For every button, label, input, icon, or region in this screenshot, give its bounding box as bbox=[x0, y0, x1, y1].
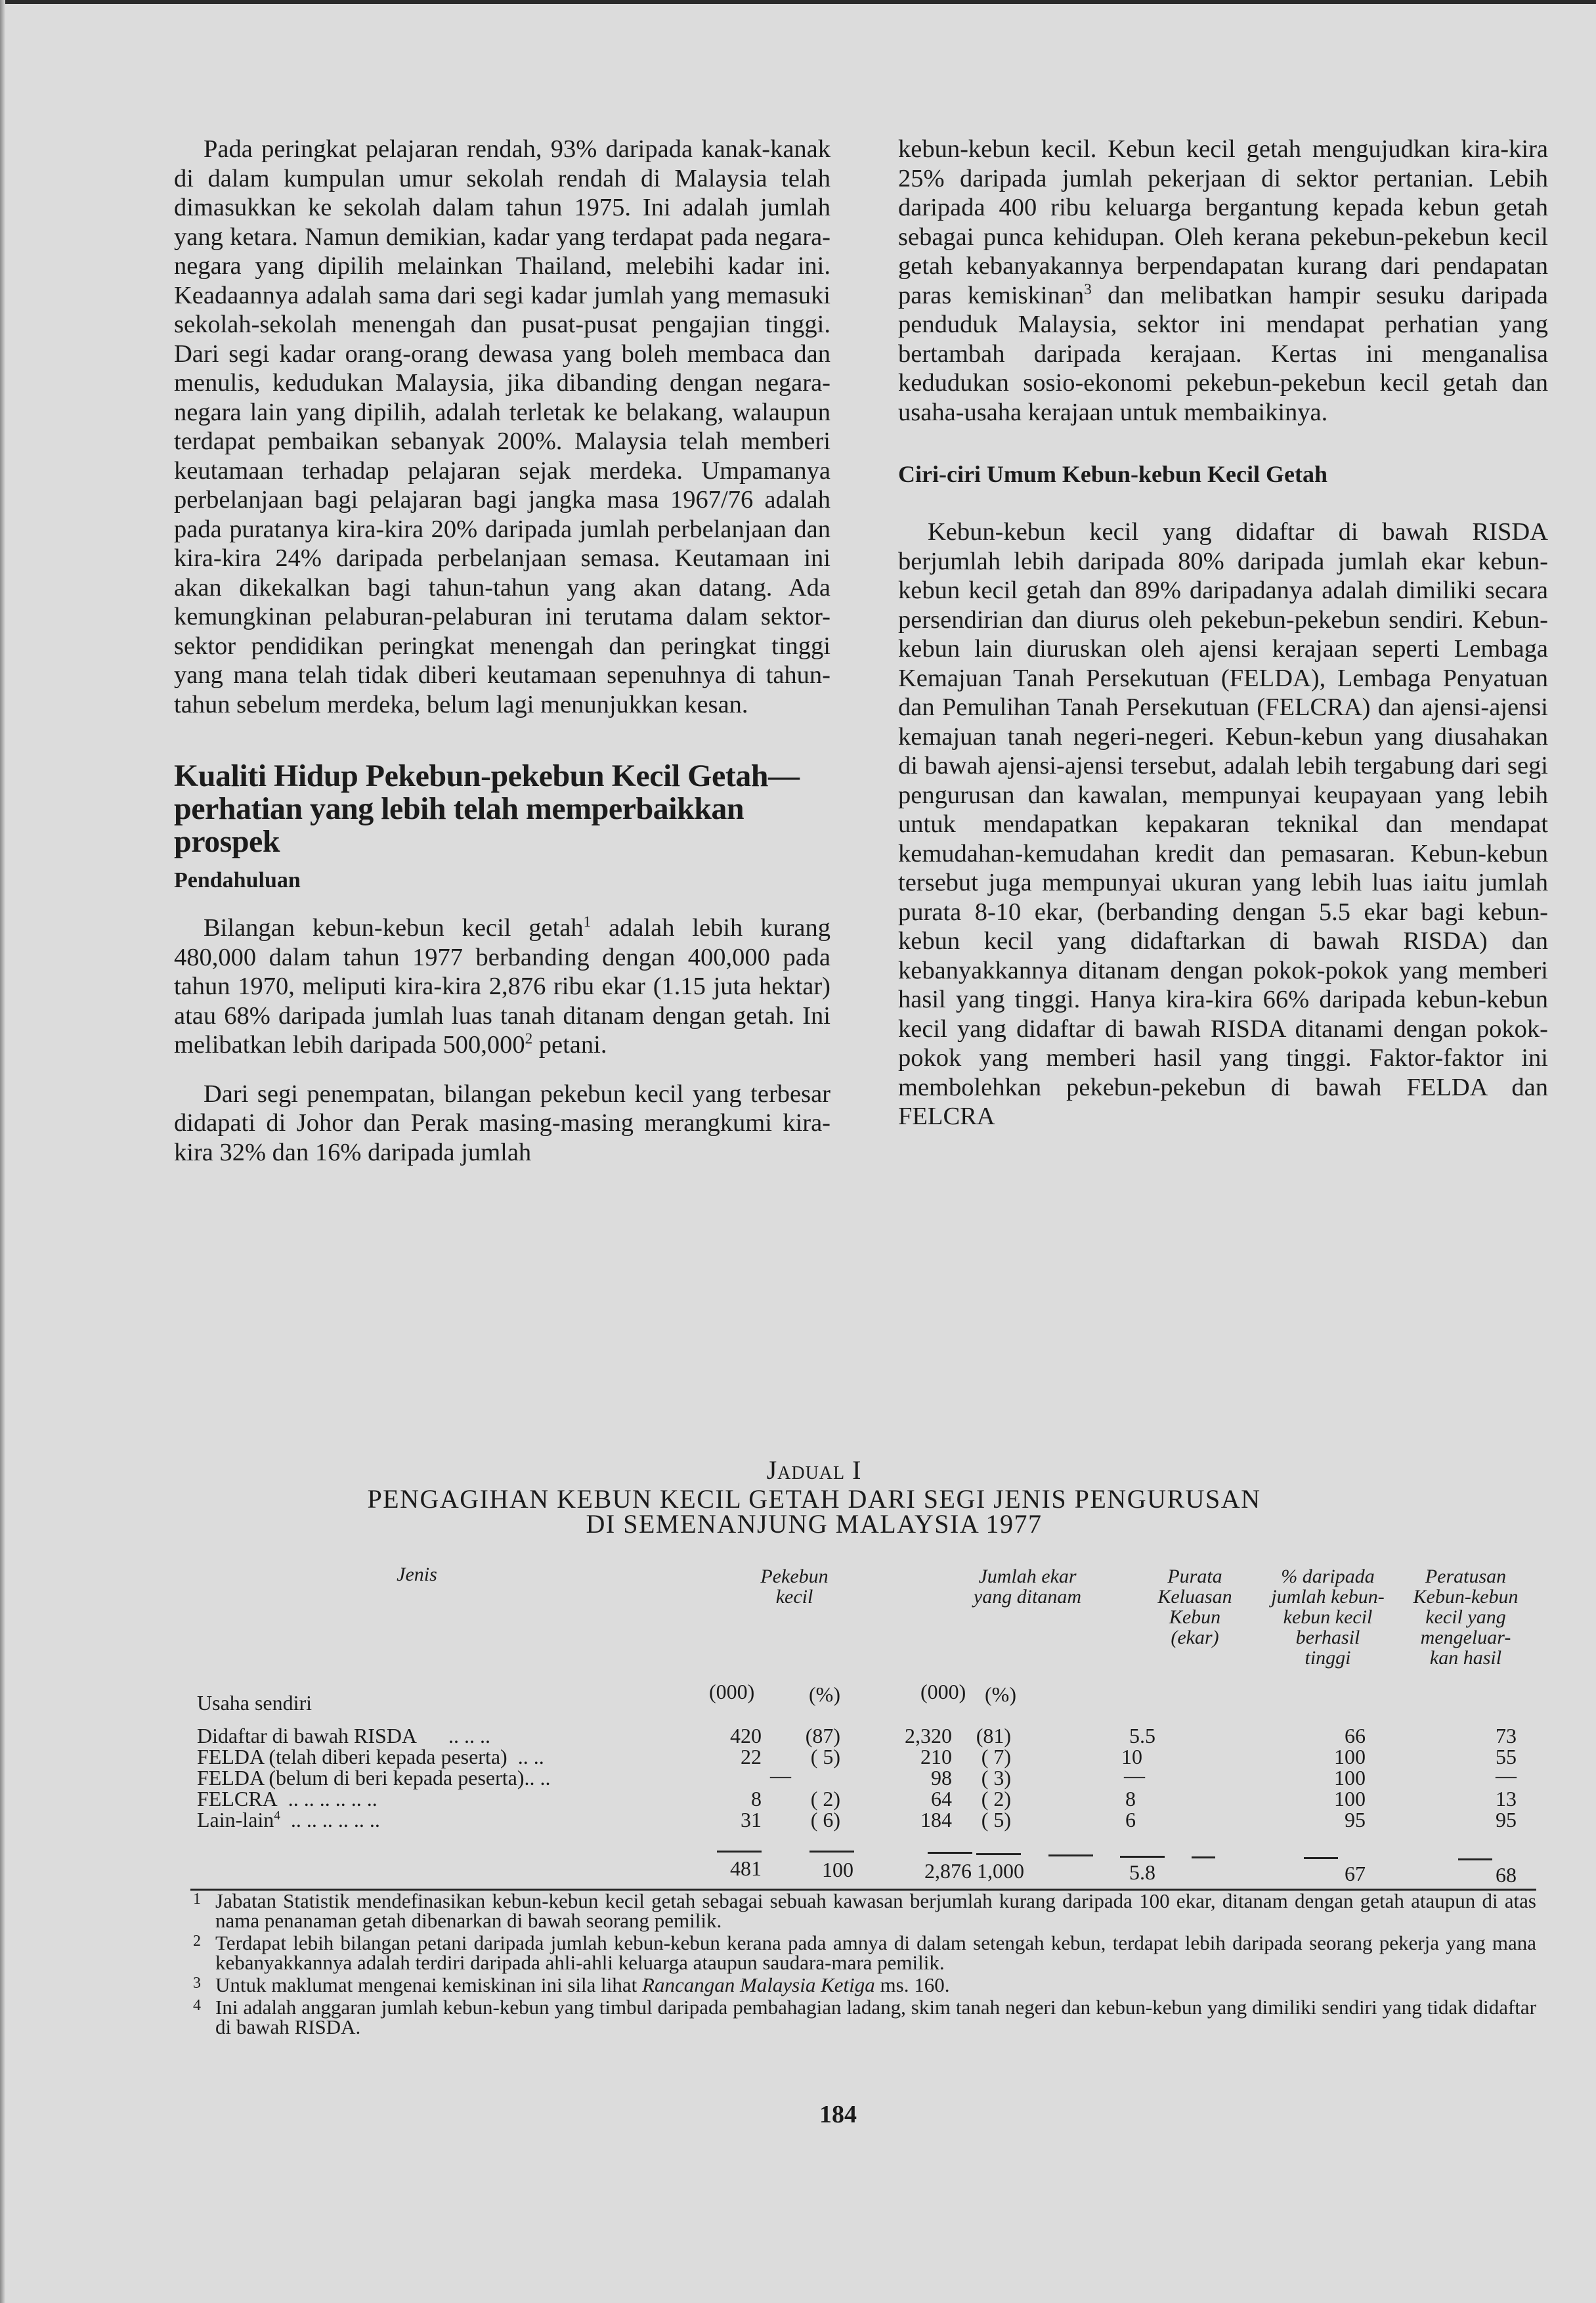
footnote-3: 3Untuk maklumat mengenai kemiskinan ini … bbox=[190, 1975, 1536, 1995]
table-row-label: FELDA (belum di beri kepada peserta).. .… bbox=[197, 1768, 551, 1788]
right-column: kebun-kebun kecil. Kebun kecil getah men… bbox=[898, 135, 1548, 1131]
total-rule bbox=[1120, 1856, 1165, 1858]
footnote-ref-2: 2 bbox=[525, 1030, 533, 1047]
header-pct-berhasil-tinggi: % daripada jumlah kebun-kebun kecil berh… bbox=[1270, 1566, 1385, 1668]
left-paragraph-education: Pada peringkat pelajaran rendah, 93% dar… bbox=[174, 135, 830, 719]
header-peratusan-hasil: Peratusan Kebun-kebun kecil yang mengelu… bbox=[1412, 1566, 1520, 1668]
total-rule bbox=[1304, 1857, 1338, 1859]
section-heading-quality-of-life: Kualiti Hidup Pekebun-pekebun Kecil Geta… bbox=[174, 760, 830, 858]
footnote-ref-1: 1 bbox=[584, 913, 592, 930]
cell-pct-tinggi: 100 bbox=[1300, 1747, 1366, 1767]
footnote-ref-4: 4 bbox=[274, 1809, 280, 1822]
total-pk-pct: 100 bbox=[788, 1860, 853, 1880]
cell-ek-pct: ( 3) bbox=[945, 1768, 1011, 1788]
unit-pk-pct: (%) bbox=[809, 1682, 840, 1707]
footnotes: 1Jabatan Statistik mendefinasikan kebun-… bbox=[190, 1891, 1536, 2040]
cell-pk-000: 31 bbox=[696, 1810, 762, 1830]
table-title-line-1: PENGAGIHAN KEBUN KECIL GETAH DARI SEGI J… bbox=[190, 1487, 1438, 1512]
cell-pk-pct: ( 6) bbox=[775, 1810, 840, 1830]
cell-pct-tinggi: 100 bbox=[1300, 1768, 1366, 1788]
total-rule bbox=[928, 1852, 972, 1854]
right-paragraph-employment: kebun-kebun kecil. Kebun kecil getah men… bbox=[898, 135, 1548, 427]
header-jenis: Jenis bbox=[374, 1564, 460, 1585]
section-heading-general-characteristics: Ciri-ciri Umum Kebun-kebun Kecil Getah bbox=[898, 460, 1548, 489]
total-rule bbox=[809, 1851, 854, 1853]
table-row-label: FELDA (telah diberi kepada peserta) .. .… bbox=[197, 1747, 544, 1767]
total-rule bbox=[1192, 1856, 1215, 1858]
cell-ek-000: 2,320 bbox=[886, 1726, 952, 1746]
total-rule bbox=[1458, 1858, 1492, 1860]
total-rule bbox=[717, 1851, 762, 1853]
table-row-label: Didaftar di bawah RISDA .. .. .. bbox=[197, 1726, 490, 1746]
cell-pct-tinggi: 95 bbox=[1300, 1810, 1366, 1830]
header-jumlah-ekar: Jumlah ekar yang ditanam bbox=[972, 1566, 1083, 1607]
cell-pk-pct: (87) bbox=[775, 1726, 840, 1746]
total-rule bbox=[976, 1853, 1021, 1855]
total-purata: 5.8 bbox=[1090, 1862, 1155, 1883]
total-pct-hasil: 68 bbox=[1451, 1865, 1517, 1885]
header-pekebun-kecil: Pekebun kecil bbox=[748, 1566, 840, 1607]
cell-pct-hasil: 73 bbox=[1451, 1726, 1517, 1746]
cell-pct-tinggi: 100 bbox=[1300, 1789, 1366, 1809]
total-rule bbox=[1048, 1854, 1093, 1856]
page-top-edge bbox=[0, 0, 1596, 4]
left-paragraph-location: Dari segi penempatan, bilangan pekebun k… bbox=[174, 1080, 830, 1168]
cell-pk-000: — bbox=[725, 1765, 791, 1786]
footnote-ref-3: 3 bbox=[1084, 280, 1092, 297]
cell-pk-000: 420 bbox=[696, 1726, 762, 1746]
table-title-line-2: DI SEMENANJUNG MALAYSIA 1977 bbox=[190, 1512, 1438, 1537]
cell-ek-pct: ( 5) bbox=[945, 1810, 1011, 1830]
cell-pk-000: 8 bbox=[696, 1789, 762, 1809]
cell-pk-000: 22 bbox=[696, 1747, 762, 1767]
cell-ek-pct: ( 7) bbox=[945, 1747, 1011, 1767]
unit-ek-pct: (%) bbox=[985, 1682, 1016, 1707]
page-left-edge bbox=[0, 0, 5, 2303]
unit-ek-000: (000) bbox=[920, 1680, 966, 1704]
right-paragraph-risda: Kebun-kebun kecil yang didaftar di bawah… bbox=[898, 517, 1548, 1131]
page-number: 184 bbox=[819, 2100, 857, 2129]
total-pct-tinggi: 67 bbox=[1300, 1864, 1366, 1884]
total-pk-000: 481 bbox=[696, 1858, 762, 1879]
cell-purata: 8 bbox=[1070, 1789, 1136, 1809]
footnote-1: 1Jabatan Statistik mendefinasikan kebun-… bbox=[190, 1891, 1536, 1931]
subheading-pendahuluan: Pendahuluan bbox=[174, 867, 830, 894]
header-purata-keluasan: Purata Keluasan Kebun (ekar) bbox=[1152, 1566, 1238, 1648]
cell-ek-pct: ( 2) bbox=[945, 1789, 1011, 1809]
footnote-2: 2Terdapat lebih bilangan petani daripada… bbox=[190, 1933, 1536, 1973]
cell-ek-000: 98 bbox=[886, 1768, 952, 1788]
cell-purata: — bbox=[1079, 1765, 1145, 1786]
table-row-label: Lain-lain4 .. .. .. .. .. .. bbox=[197, 1810, 380, 1830]
cell-ek-pct: (81) bbox=[945, 1726, 1011, 1746]
left-column: Pada peringkat pelajaran rendah, 93% dar… bbox=[174, 135, 830, 1167]
cell-pk-pct: ( 2) bbox=[775, 1789, 840, 1809]
cell-pct-hasil: 95 bbox=[1451, 1810, 1517, 1830]
table-caption: Jadual I bbox=[190, 1457, 1438, 1484]
cell-ek-000: 210 bbox=[886, 1747, 952, 1767]
cell-pct-tinggi: 66 bbox=[1300, 1726, 1366, 1746]
footnote-4: 4Ini adalah anggaran jumlah kebun-kebun … bbox=[190, 1998, 1536, 2037]
cell-purata: 5.5 bbox=[1090, 1726, 1155, 1746]
group-label-usaha-sendiri: Usaha sendiri bbox=[197, 1693, 312, 1713]
table-jadual-1: Jadual I PENGAGIHAN KEBUN KECIL GETAH DA… bbox=[190, 1457, 1438, 1537]
cell-pct-hasil: — bbox=[1451, 1765, 1517, 1786]
total-ek-pct: 1,000 bbox=[959, 1861, 1024, 1881]
left-paragraph-smallholdings-count: Bilangan kebun-kebun kecil getah1 adalah… bbox=[174, 913, 830, 1060]
table-row-label: FELCRA .. .. .. .. .. .. bbox=[197, 1789, 377, 1809]
cell-ek-000: 64 bbox=[886, 1789, 952, 1809]
cell-pct-hasil: 13 bbox=[1451, 1789, 1517, 1809]
cell-ek-000: 184 bbox=[886, 1810, 952, 1830]
unit-pk-000: (000) bbox=[709, 1680, 754, 1704]
cell-purata: 6 bbox=[1070, 1810, 1136, 1830]
